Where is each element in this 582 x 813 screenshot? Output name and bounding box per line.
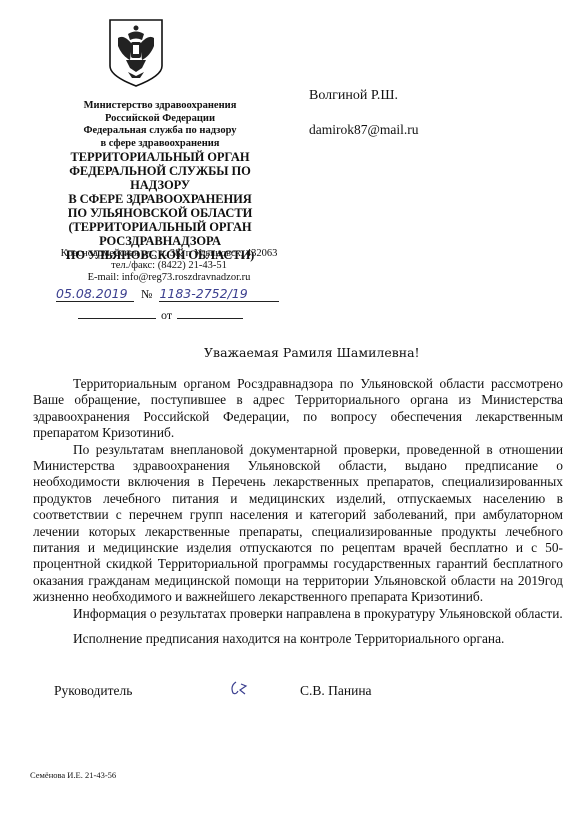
org-line: РОСЗДРАВНАДЗОРА [40,234,280,248]
org-phone: тел./факс: (8422) 21-43-51 [44,260,294,272]
letter-body: Территориальным органом Росздравнадзора … [33,376,563,648]
reference-line: от [78,306,243,323]
registration-date: 05.08.2019 [56,286,134,302]
paragraph: Информация о результатах проверки направ… [33,606,563,622]
signer-name: С.В. Панина [300,683,372,699]
org-line: в сфере здравоохранения [40,138,280,151]
number-label: № [141,287,152,301]
coat-of-arms-icon [106,16,166,88]
org-address: Красноармейская ул., д. 38, г. Ульяновск… [44,248,294,260]
org-line: ПО УЛЬЯНОВСКОЙ ОБЛАСТИ [40,206,280,220]
recipient-email: damirok87@mail.ru [309,122,419,138]
handwritten-signature-icon [228,676,252,700]
registration-line: 05.08.2019 № 1183-2752/19 [56,286,306,304]
org-line: Федеральная служба по надзору [40,125,280,138]
paragraph: Исполнение предписания находится на конт… [33,631,563,647]
organization-header: Министерство здравоохранения Российской … [40,100,280,262]
salutation: Уважаемая Рамиля Шамилевна! [204,345,420,360]
registration-number: 1183-2752/19 [159,286,279,302]
org-email: E-mail: info@reg73.roszdravnadzor.ru [44,272,294,284]
reference-number-blank [177,306,243,319]
paragraph: Территориальным органом Росздравнадзора … [33,376,563,442]
executor-info: Семёнова И.Е. 21-43-56 [30,770,116,780]
org-line: Министерство здравоохранения [40,100,280,113]
reference-date-blank [78,306,156,319]
org-line: (ТЕРРИТОРИАЛЬНЫЙ ОРГАН [40,220,280,234]
recipient-name: Волгиной Р.Ш. [309,88,398,104]
org-line: Российской Федерации [40,113,280,126]
org-line: В СФЕРЕ ЗДРАВООХРАНЕНИЯ [40,192,280,206]
org-line: ТЕРРИТОРИАЛЬНЫЙ ОРГАН [40,150,280,164]
org-line: ФЕДЕРАЛЬНОЙ СЛУЖБЫ ПО НАДЗОРУ [40,164,280,192]
reference-label: от [161,308,172,322]
organization-contacts: Красноармейская ул., д. 38, г. Ульяновск… [44,248,294,284]
signer-position: Руководитель [54,683,132,699]
paragraph: По результатам внеплановой документарной… [33,442,563,606]
